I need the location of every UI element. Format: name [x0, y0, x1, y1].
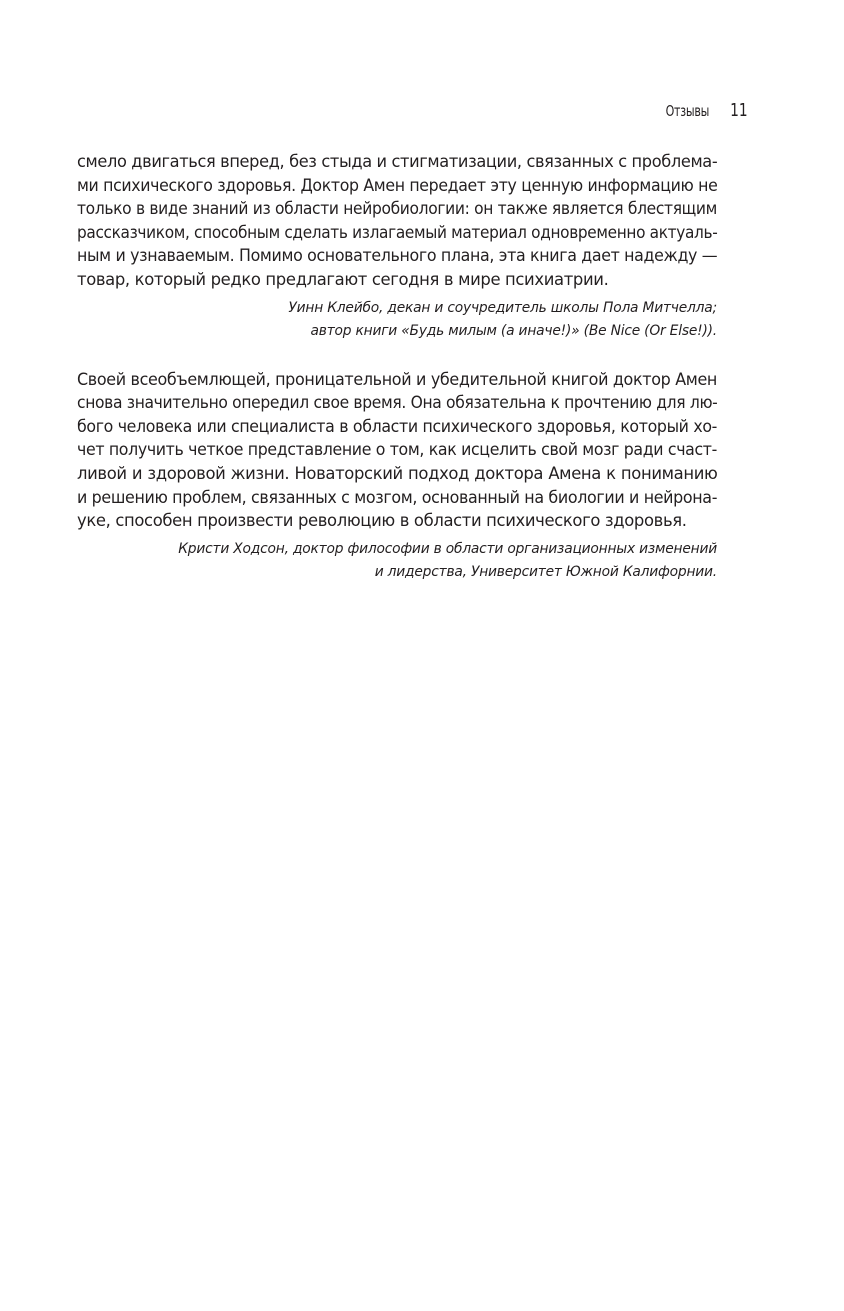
text-line: смело двигаться вперед, без стыда и стиг…	[77, 150, 717, 174]
testimonial-text: смело двигаться вперед, без стыда и стиг…	[77, 150, 717, 292]
text-line: только в виде знаний из области нейробио…	[77, 197, 717, 221]
text-line: Своей всеобъемлющей, проницательной и уб…	[77, 368, 717, 392]
attribution-line: Кристи Ходсон, доктор философии в област…	[77, 538, 717, 561]
text-line: рассказчиком, способным сделать излагаем…	[77, 221, 717, 245]
page-number: 11	[730, 100, 748, 121]
text-line: снова значительно опередил свое время. О…	[77, 391, 717, 415]
text-line: ным и узнаваемым. Помимо основательного …	[77, 244, 717, 268]
text-line: ливой и здоровой жизни. Новаторский подх…	[77, 462, 717, 486]
text-line: уке, способен произвести революцию в обл…	[77, 509, 717, 533]
testimonial-attribution: Уинн Клейбо, декан и соучредитель школы …	[77, 297, 717, 343]
testimonial: смело двигаться вперед, без стыда и стиг…	[77, 150, 717, 343]
testimonial-text: Своей всеобъемлющей, проницательной и уб…	[77, 368, 717, 533]
testimonial-attribution: Кристи Ходсон, доктор философии в област…	[77, 538, 717, 584]
running-head: Отзывы 11	[656, 100, 748, 121]
text-line: чет получить четкое представление о том,…	[77, 438, 717, 462]
text-line: и решению проблем, связанных с мозгом, о…	[77, 486, 717, 510]
section-title: Отзывы	[666, 102, 710, 120]
attribution-line: и лидерства, Университет Южной Калифорни…	[77, 561, 717, 584]
text-line: товар, который редко предлагают сегодня …	[77, 268, 717, 292]
testimonial: Своей всеобъемлющей, проницательной и уб…	[77, 368, 717, 584]
page-body: смело двигаться вперед, без стыда и стиг…	[77, 150, 717, 584]
attribution-line: Уинн Клейбо, декан и соучредитель школы …	[77, 297, 717, 320]
text-line: ми психического здоровья. Доктор Амен пе…	[77, 174, 717, 198]
text-line: бого человека или специалиста в области …	[77, 415, 717, 439]
attribution-line: автор книги «Будь милым (а иначе!)» (Be …	[77, 320, 717, 343]
